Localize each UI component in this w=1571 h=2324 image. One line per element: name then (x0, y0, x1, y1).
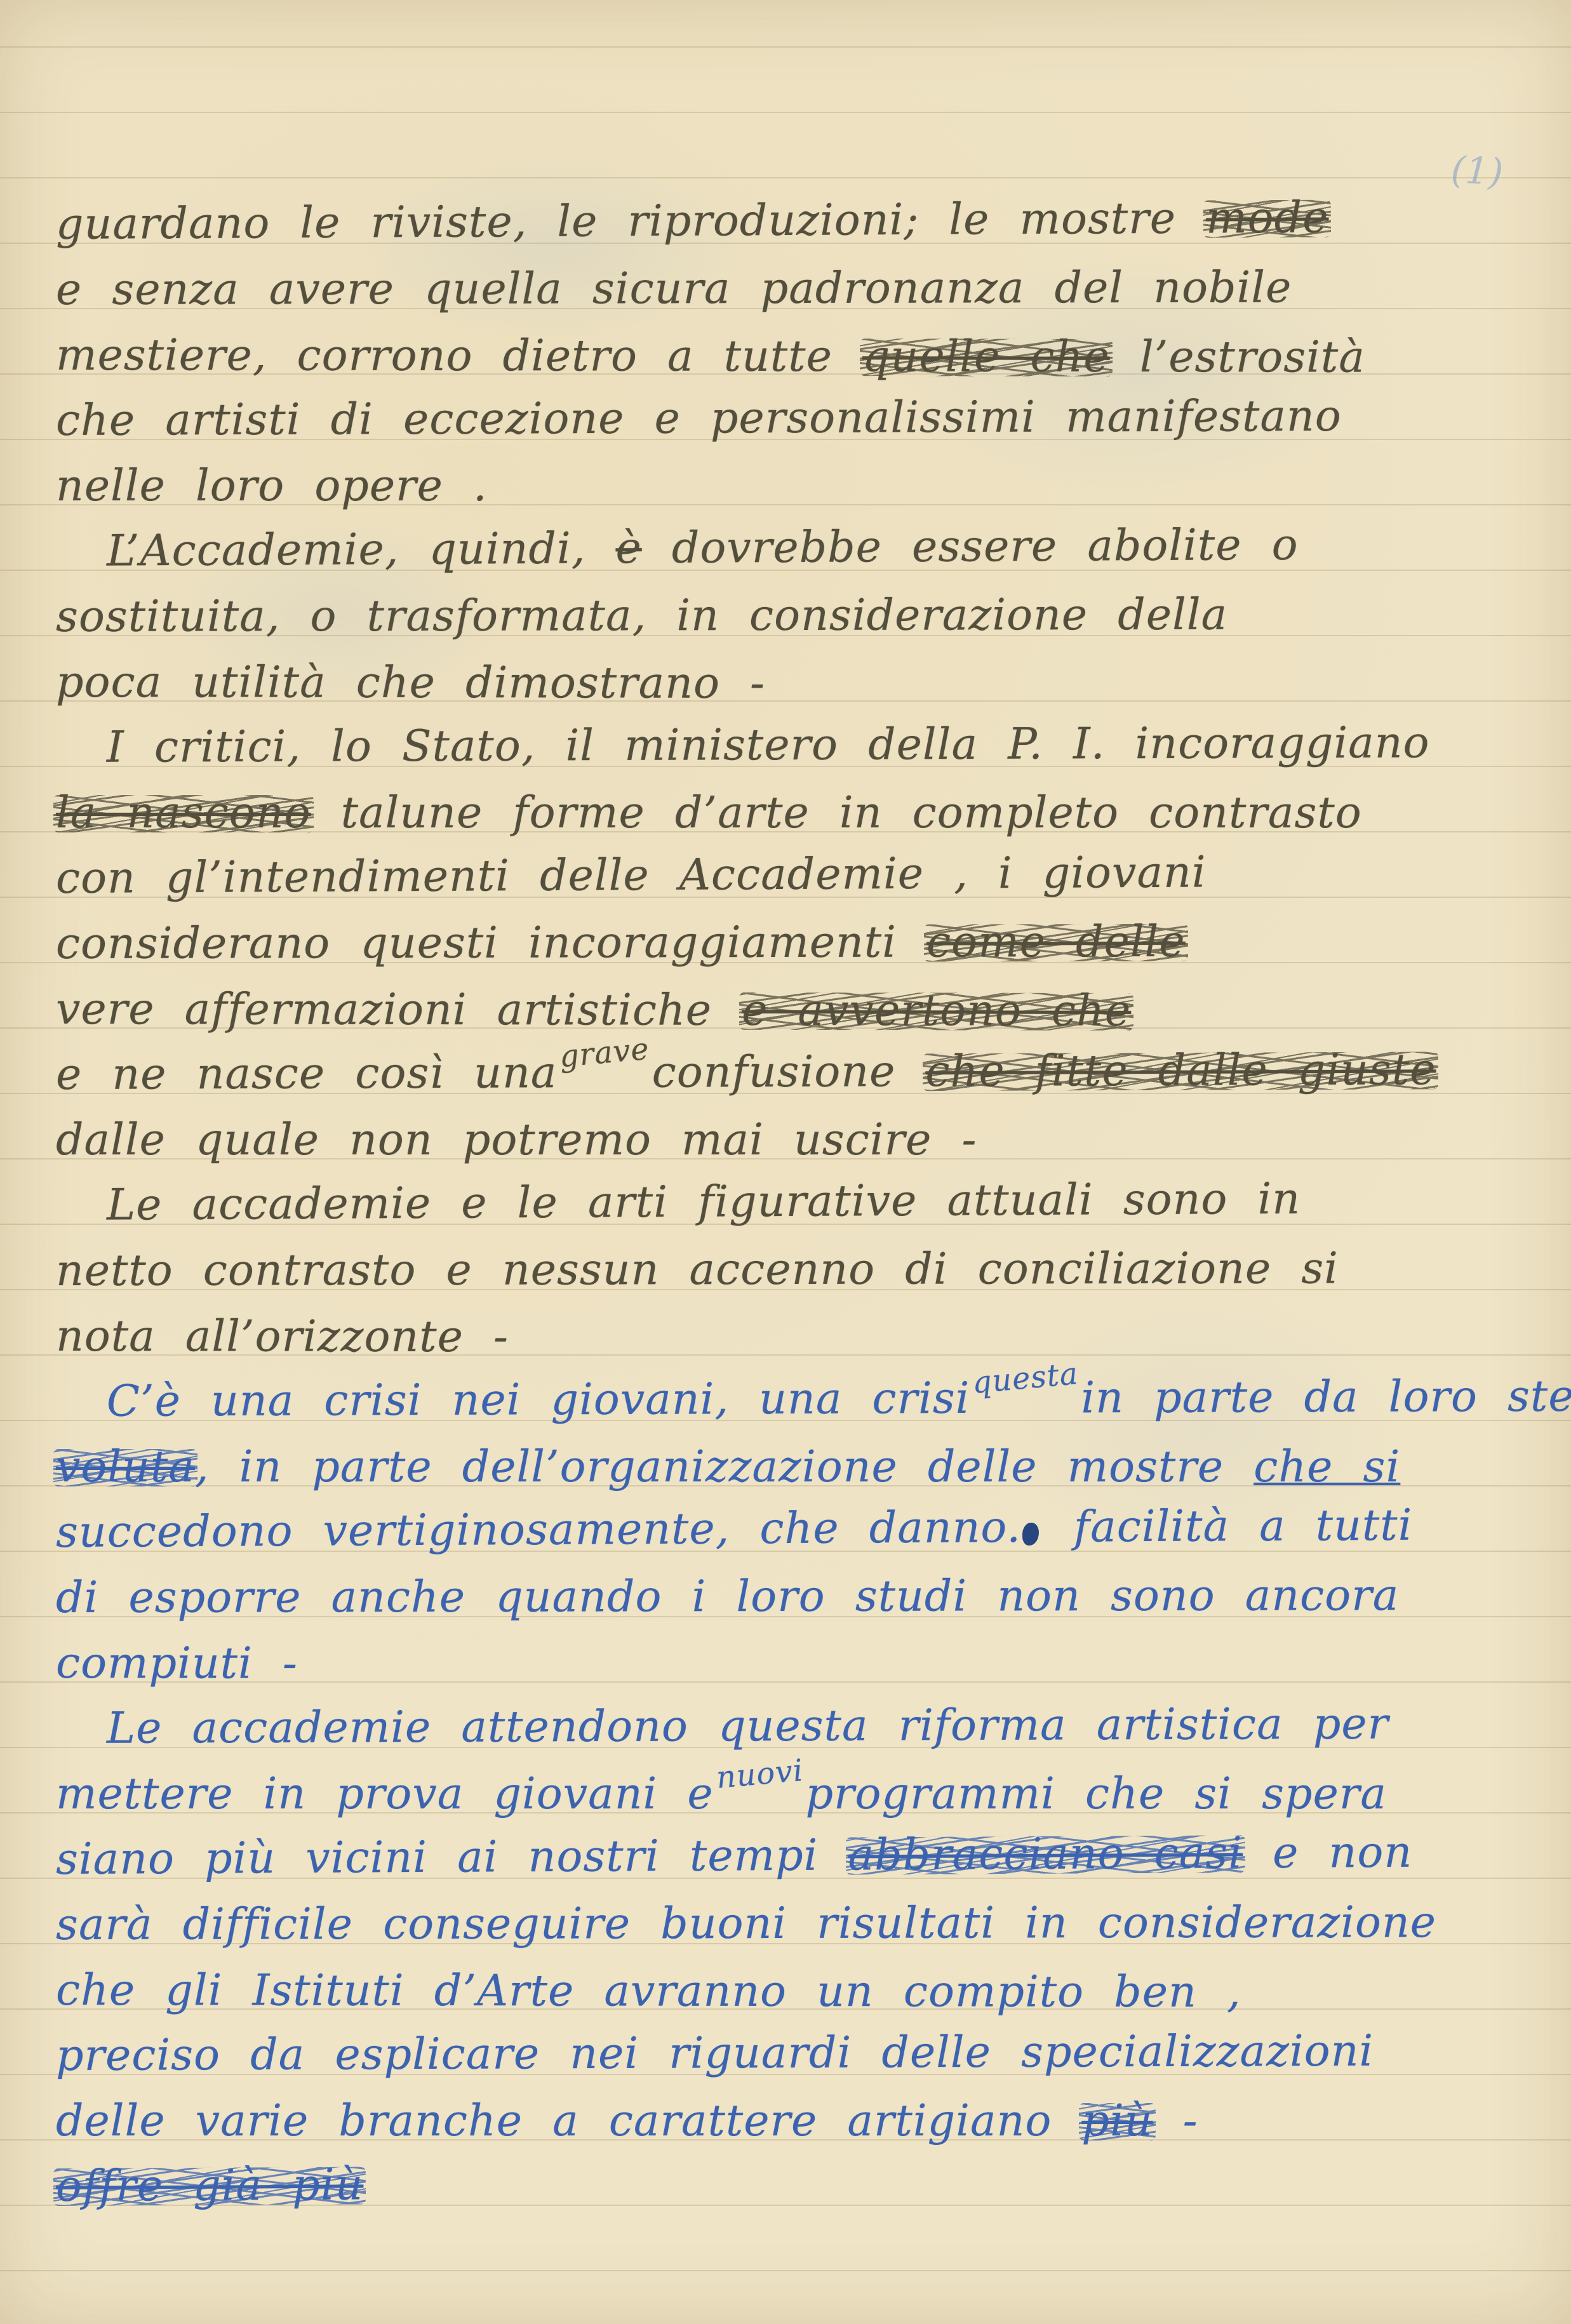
text-segment: l’estrosità (1110, 332, 1365, 383)
text-segment: di esporre anche quando i loro studi non… (56, 1570, 1399, 1623)
manuscript-line: succedono vertiginosamente, che danno. f… (56, 1492, 1546, 1571)
struck-segment: abbracciano casi (848, 1820, 1243, 1888)
struck-segment: che fitte dalle giuste (925, 1037, 1436, 1104)
manuscript-line: di esporre anche quando i loro studi non… (56, 1563, 1546, 1636)
text-segment: confusione (652, 1046, 926, 1098)
manuscript-line: sostituita, o trasformata, in consideraz… (56, 582, 1546, 655)
struck-segment: come delle (926, 909, 1186, 975)
text-segment: dovrebbe essere abolite o (642, 520, 1299, 573)
text-segment: e senza avere quella sicura padronanza d… (56, 263, 1292, 315)
manuscript-line: I critici, lo Stato, il ministero della … (56, 710, 1546, 786)
struck-segment: la nascono (56, 780, 311, 846)
text-segment: programmi che si spera (805, 1769, 1386, 1819)
text-segment: mettere in prova giovani e (56, 1769, 714, 1819)
text-segment: succedono vertiginosamente, che danno. (56, 1502, 1021, 1558)
text-segment: Le accademie e le arti figurative attual… (107, 1174, 1301, 1231)
text-segment: con gl’intendimenti delle Accademie , i … (56, 848, 1207, 904)
text-segment: nota all’orizzonte - (56, 1311, 509, 1362)
struck-segment: è (615, 523, 642, 573)
struck-segment: e avvertono che (742, 978, 1131, 1044)
manuscript-line: e ne nasce così unagraveconfusione che f… (56, 1037, 1546, 1113)
manuscript-line: C’è una crisi nei giovani, una crisiques… (56, 1364, 1546, 1440)
text-segment: e ne nasce così una (56, 1048, 558, 1100)
manuscript-line: Le accademie e le arti figurative attual… (56, 1165, 1546, 1244)
text-segment: che artisti di eccezione e personalissim… (56, 391, 1342, 446)
manuscript-line: con gl’intendimenti delle Accademie , i … (56, 838, 1546, 917)
text-segment: L’Accademie, quindi, (107, 523, 616, 576)
text-segment: C’è una crisi nei giovani, una crisi (107, 1373, 970, 1427)
text-segment: e non (1243, 1827, 1413, 1878)
text-segment: nelle loro opere . (56, 461, 488, 511)
text-segment: che si (1253, 1442, 1400, 1492)
manuscript-line: considerano questi incoraggiamenti come … (56, 909, 1546, 982)
text-segment: preciso da esplicare nei riguardi delle … (56, 2026, 1374, 2081)
text-segment: netto contrasto e nessun accenno di conc… (56, 1243, 1339, 1296)
text-segment: che gli Istituti d’Arte avranno un compi… (56, 1965, 1241, 2017)
text-segment: poca utilità che dimostrano - (56, 657, 765, 709)
manuscript-line: netto contrasto e nessun accenno di conc… (56, 1236, 1546, 1309)
text-segment: considerano questi incoraggiamenti (56, 918, 926, 969)
text-segment: - (1153, 2096, 1198, 2146)
manuscript-line: siano più vicini ai nostri tempi abbracc… (56, 1819, 1546, 1898)
text-segment: delle varie branche a carattere artigian… (56, 2096, 1081, 2146)
manuscript-line: guardano le riviste, le riproduzioni; le… (56, 184, 1546, 263)
inserted-word: questa (970, 1341, 1081, 1416)
text-segment: compiuti - (56, 1638, 298, 1689)
struck-segment: voluta (56, 1434, 195, 1500)
text-segment: mestiere, corrono dietro a tutte (56, 330, 862, 382)
text-segment: sarà difficile conseguire buoni risultat… (56, 1897, 1436, 1950)
manuscript-page: (1) guardano le riviste, le riproduzioni… (0, 0, 1571, 2324)
text-segment: in parte da loro stessi (1081, 1371, 1571, 1423)
inserted-word: nuovi (713, 1738, 806, 1811)
text-segment: siano più vicini ai nostri tempi (56, 1830, 848, 1885)
manuscript-line: preciso da esplicare nei riguardi delle … (56, 2018, 1546, 2094)
text-segment: facilità a tutti (1044, 1500, 1413, 1553)
manuscript-line: che artisti di eccezione e personalissim… (56, 383, 1546, 459)
text-segment: guardano le riviste, le riproduzioni; le… (56, 194, 1207, 250)
struck-segment: offre già più (56, 2152, 364, 2219)
manuscript-line: e senza avere quella sicura padronanza d… (56, 255, 1546, 328)
struck-segment: mode (1206, 185, 1329, 251)
ink-blot-icon (1022, 1523, 1039, 1546)
struck-segment: quelle che (862, 324, 1110, 390)
text-segment: , in parte dell’organizzazione delle mos… (195, 1442, 1253, 1492)
inserted-word: grave (557, 1017, 653, 1090)
text-segment: talune forme d’arte in completo contrast… (311, 788, 1362, 838)
text-segment: I critici, lo Stato, il ministero della … (107, 718, 1430, 772)
text-segment: dalle quale non potremo mai uscire - (56, 1115, 977, 1165)
manuscript-line: offre già più (56, 2146, 1546, 2225)
struck-segment: più (1081, 2088, 1153, 2154)
text-segment: sostituita, o trasformata, in consideraz… (56, 590, 1227, 642)
manuscript-line: L’Accademie, quindi, è dovrebbe essere a… (56, 511, 1546, 590)
manuscript-line: sarà difficile conseguire buoni risultat… (56, 1890, 1546, 1963)
